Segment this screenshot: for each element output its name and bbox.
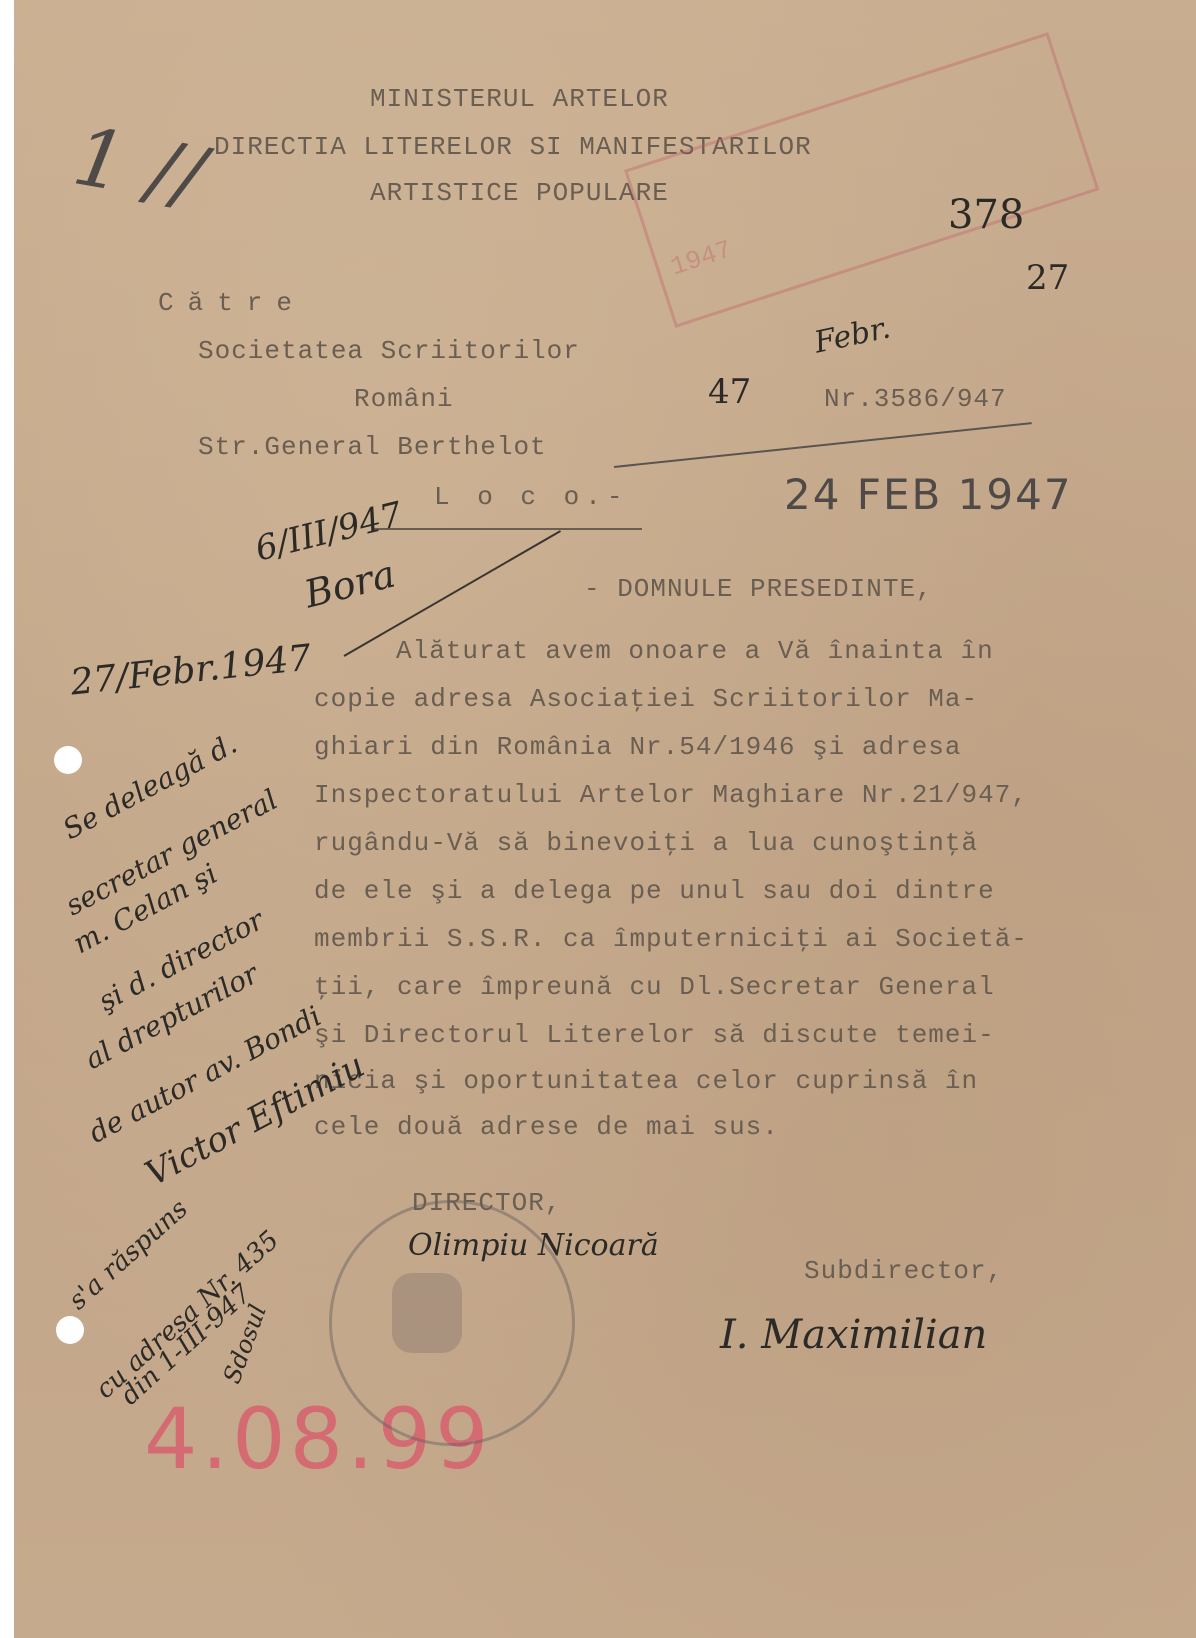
margin-date: 27/Febr.1947	[69, 637, 314, 703]
body-line: nicia şi oportunitatea celor cuprinsă în	[314, 1066, 978, 1096]
director-signature: Olimpiu Nicoară	[408, 1228, 659, 1263]
registration-number: 378	[948, 192, 1024, 238]
body-line: rugându-Vă să binevoiţi a lua cunoştinţă	[314, 828, 978, 858]
reference-number: Nr.3586/947	[824, 384, 1007, 414]
pen-stroke	[614, 422, 1032, 468]
stamp-year-handwritten: 47	[708, 372, 751, 412]
body-line: de ele şi a delega pe unul sau doi dintr…	[314, 876, 995, 906]
body-line: ţii, care împreună cu Dl.Secretar Genera…	[314, 972, 995, 1002]
body-line: membrii S.S.R. ca împuterniciţi ai Socie…	[314, 924, 1028, 954]
body-line: cele două adrese de mai sus.	[314, 1112, 779, 1142]
pencil-mark: 1 //	[67, 109, 211, 223]
punch-hole	[54, 746, 82, 774]
initials-note: Bora	[300, 552, 400, 617]
addressee-locality: L o c o.-	[434, 482, 628, 512]
scan-margin	[0, 0, 15, 1638]
registration-day: 27	[1026, 258, 1069, 298]
addressee-name: Societatea Scriitorilor	[198, 336, 580, 366]
seal-emblem	[392, 1273, 462, 1353]
received-date-stamp: 24 FEB 1947	[784, 470, 1073, 519]
addressee-prefix: Către	[158, 288, 306, 318]
salutation: - DOMNULE PRESEDINTE,	[584, 574, 933, 604]
stamp-month: Febr.	[811, 310, 893, 360]
letterhead-subtitle: ARTISTICE POPULARE	[370, 178, 669, 208]
body-line: şi Directorul Literelor să discute temei…	[314, 1020, 995, 1050]
director-label: DIRECTOR,	[412, 1188, 561, 1218]
body-line: Inspectoratului Artelor Maghiare Nr.21/9…	[314, 780, 1028, 810]
body-line: Alăturat avem onoare a Vă înainta în	[396, 636, 994, 666]
punch-hole	[56, 1316, 84, 1344]
subdirector-label: Subdirector,	[804, 1256, 1003, 1286]
locality-underline	[372, 528, 642, 530]
addressee-name-2: Români	[354, 384, 454, 414]
red-stamp-year: 1947	[667, 235, 736, 283]
reply-note-line: s'a răspuns	[63, 1194, 194, 1316]
body-line: copie adresa Asociaţiei Scriitorilor Ma-	[314, 684, 978, 714]
body-line: ghiari din România Nr.54/1946 şi adresa	[314, 732, 962, 762]
document-page: MINISTERUL ARTELOR DIRECTIA LITERELOR SI…	[14, 0, 1196, 1638]
addressee-street: Str.General Berthelot	[198, 432, 547, 462]
letterhead-ministry: MINISTERUL ARTELOR	[370, 84, 669, 114]
subdirector-signature: I. Maximilian	[720, 1312, 987, 1358]
